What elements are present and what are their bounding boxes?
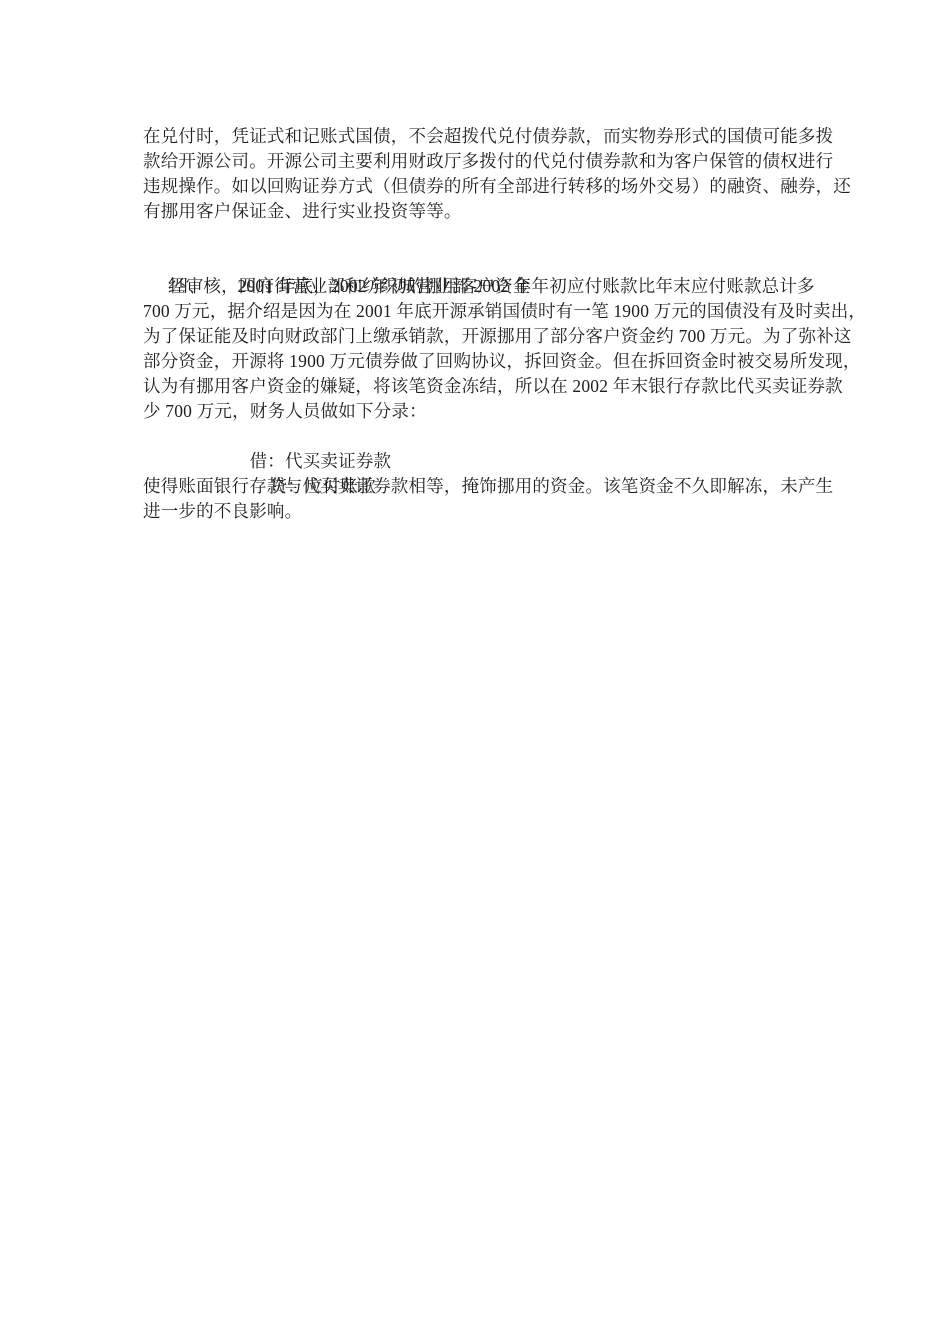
paragraph-spacer bbox=[143, 224, 815, 249]
paragraph-2-line-4: 部分资金，开源将 1900 万元债券做了回购协议，拆回资金。但在拆回资金时被交易… bbox=[143, 349, 815, 374]
paragraph-2: 经审核，四府街营业部和纺织城营业部 2002 年年初应付账款比年末应付账款总计多… bbox=[143, 274, 815, 424]
paragraph-2-line-1: 经审核，四府街营业部和纺织城营业部 2002 年年初应付账款比年末应付账款总计多 bbox=[143, 274, 815, 299]
paragraph-2-line-5: 认为有挪用客户资金的嫌疑，将该笔资金冻结，所以在 2002 年末银行存款比代买卖… bbox=[143, 374, 815, 399]
section-heading: 四、2001 年底，2002 年初的挪用客户资金 bbox=[143, 249, 815, 274]
document-content: 在兑付时，凭证式和记账式国债，不会超拨代兑付债券款，而实物券形式的国债可能多拨 … bbox=[143, 124, 815, 524]
paragraph-2-line-6: 少 700 万元，财务人员做如下分录： bbox=[143, 399, 815, 424]
journal-entry-debit-account: 代买卖证券款 bbox=[285, 451, 391, 471]
paragraph-3-line-1: 使得账面银行存款与代买卖证券款相等，掩饰挪用的资金。该笔资金不久即解冻，未产生 bbox=[143, 474, 815, 499]
journal-entry-debit-label: 借： bbox=[250, 451, 285, 471]
paragraph-3: 使得账面银行存款与代买卖证券款相等，掩饰挪用的资金。该笔资金不久即解冻，未产生 … bbox=[143, 474, 815, 524]
paragraph-1-line-4: 有挪用客户保证金、进行实业投资等等。 bbox=[143, 199, 815, 224]
paragraph-1-line-2: 款给开源公司。开源公司主要利用财政厅多拨付的代兑付债券款和为客户保管的债权进行 bbox=[143, 149, 815, 174]
paragraph-2-line-3: 为了保证能及时向财政部门上缴承销款，开源挪用了部分客户资金约 700 万元。为了… bbox=[143, 324, 815, 349]
paragraph-1: 在兑付时，凭证式和记账式国债，不会超拨代兑付债券款，而实物券形式的国债可能多拨 … bbox=[143, 124, 815, 224]
journal-entry-debit-line: 借：代买卖证券款 bbox=[143, 424, 815, 449]
document-page: 在兑付时，凭证式和记账式国债，不会超拨代兑付债券款，而实物券形式的国债可能多拨 … bbox=[0, 0, 950, 1344]
journal-entry: 借：代买卖证券款 贷：应付账款 bbox=[143, 424, 815, 474]
paragraph-1-line-3: 违规操作。如以回购证券方式（但债券的所有全部进行转移的场外交易）的融资、融券，还 bbox=[143, 174, 815, 199]
paragraph-2-line-2: 700 万元，据介绍是因为在 2001 年底开源承销国债时有一笔 1900 万元… bbox=[143, 299, 815, 324]
paragraph-3-line-2: 进一步的不良影响。 bbox=[143, 499, 815, 524]
paragraph-1-line-1: 在兑付时，凭证式和记账式国债，不会超拨代兑付债券款，而实物券形式的国债可能多拨 bbox=[143, 124, 815, 149]
